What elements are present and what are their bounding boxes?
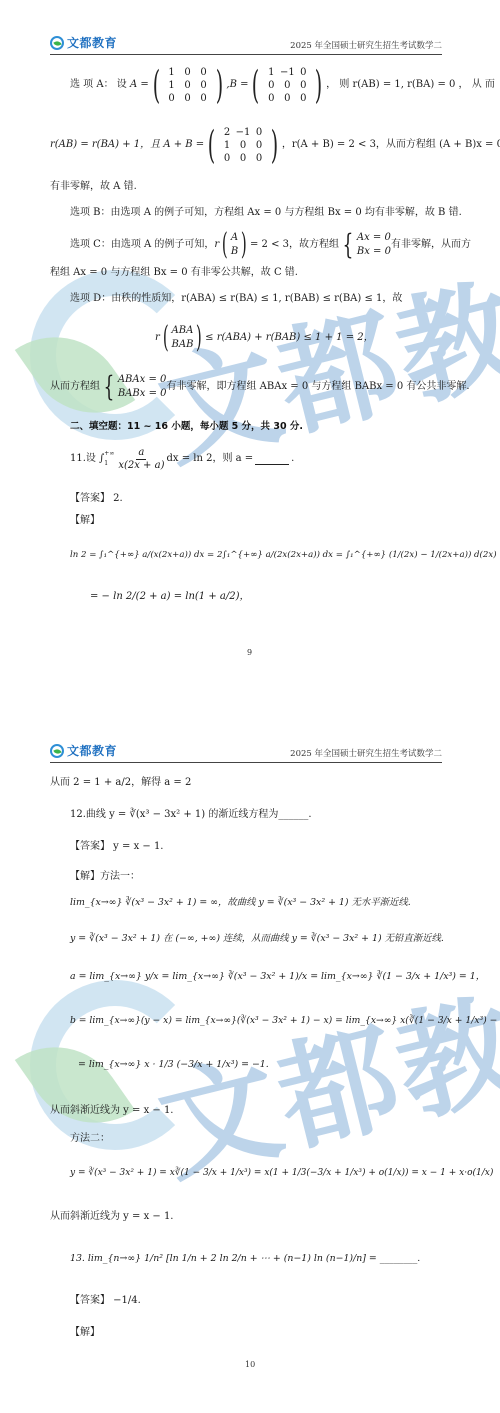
q11-prefix: 11.设 ∫	[70, 452, 104, 466]
option-d: 选项 D：由秩的性质知，r(ABA) ≤ r(BA) ≤ 1, r(BAB) ≤…	[70, 292, 402, 306]
question-13: 13. lim_{n→∞} 1/n² [ln 1/n + 2 ln 2/n + …	[70, 1252, 420, 1266]
q12-m2-line1: y = ∛(x³ − 3x² + 1) = x∛(1 − 3/x + 1/x³)…	[70, 1166, 493, 1180]
equation-system: ABAx = 0BABx = 0	[118, 373, 167, 401]
q12-m1-line4: b = lim_{x→∞}(y − x) = lim_{x→∞}(∛(x³ − …	[70, 1014, 500, 1028]
option-a-line2-prefix: r(AB) = r(BA) + 1，且 A + B =	[50, 138, 204, 152]
q12-m1-line3: a = lim_{x→∞} y/x = lim_{x→∞} ∛(x³ − 3x²…	[70, 970, 485, 984]
page-number: 9	[247, 648, 252, 657]
q12-m1-conclusion: 从而斜渐近线为 y = x − 1.	[50, 1104, 173, 1118]
option-a-suffix: ， 则 r(AB) = 1, r(BA) = 0 ， 从 而	[326, 78, 495, 92]
option-c-suffix: 有非零解，从而方	[391, 238, 471, 252]
page-header: 文都教育 2025 年全国硕士研究生招生考试数学二	[50, 740, 442, 763]
q12-method1-label: 【解】方法一：	[70, 870, 140, 884]
matrix-b: ( 1−10 000 000 )	[248, 66, 326, 105]
header-title: 2025 年全国硕士研究生招生考试数学二	[290, 747, 442, 759]
q12-m1-line2: y = ∛(x³ − 3x² + 1) 在 (−∞, +∞) 连续，从而曲线 y…	[70, 932, 444, 946]
option-a-line2-suffix: ，r(A + B) = 2 < 3，从而方程组 (A + B)x = 0	[282, 138, 500, 152]
brand-logo: 文都教育	[50, 34, 117, 51]
option-d-formula: r ( ABABAB ) ≤ r(ABA) + r(BAB) ≤ 1 + 1 =…	[155, 320, 374, 356]
option-c-prefix: 选项 C：由选项 A 的例子可知，	[70, 238, 214, 252]
q11-solution-label: 【解】	[70, 514, 100, 528]
logo-text: 文都教育	[67, 34, 117, 51]
logo-leaf-icon	[50, 744, 64, 758]
q11-conclusion: 从而 2 = 1 + a/2，解得 a = 2	[50, 776, 191, 790]
q12-m1-line1: lim_{x→∞} ∛(x³ − 3x² + 1) = ∞，故曲线 y = ∛(…	[70, 896, 411, 910]
q13-answer: 【答案】 −1/4.	[70, 1294, 141, 1308]
option-c-line2: 程组 Ax = 0 与方程组 Bx = 0 有非零公共解，故 C 错.	[50, 266, 298, 280]
q13-solution-label: 【解】	[70, 1326, 100, 1340]
logo-leaf-icon	[50, 36, 64, 50]
section-title: 二、填空题：11 ~ 16 小题，每小题 5 分，共 30 分.	[70, 420, 303, 434]
option-c: 选项 C：由选项 A 的例子可知， r ( AB ) = 2 < 3，故方程组 …	[70, 228, 471, 262]
conclusion-suffix: 有非零解，即方程组 ABAx = 0 与方程组 BABx = 0 有公共非零解.	[167, 380, 470, 394]
matrix-a-label: A =	[130, 78, 149, 92]
equation-system: Ax = 0Bx = 0	[357, 231, 391, 259]
question-11: 11.设 ∫ +∞1 ax(2x + a) dx = ln 2，则 a = .	[70, 442, 294, 476]
matrix-b-label: ,B =	[226, 78, 248, 92]
q12-method2-label: 方法二：	[70, 1132, 110, 1146]
option-a-line2: r(AB) = r(BA) + 1，且 A + B = ( 2−10 100 0…	[50, 120, 500, 170]
option-a-line1: 选 项 A： 设 A = ( 100 100 000 ) ,B = ( 1−10…	[70, 60, 495, 110]
option-b: 选项 B：由选项 A 的例子可知，方程组 Ax = 0 与方程组 Bx = 0 …	[70, 206, 462, 220]
q11-answer: 【答案】 2.	[70, 492, 123, 506]
page-10: 文都教育 文都教育 2025 年全国硕士研究生招生考试数学二 从而 2 = 1 …	[0, 680, 500, 1413]
conclusion-prefix: 从而方程组	[50, 380, 100, 394]
rank-label: r	[214, 238, 219, 252]
q11-solution-line1: ln 2 = ∫₁^{+∞} a/(x(2x+a)) dx = 2∫₁^{+∞}…	[70, 548, 500, 562]
q12-m2-conclusion: 从而斜渐近线为 y = x − 1.	[50, 1210, 173, 1224]
q11-suffix: dx = ln 2，则 a =	[166, 452, 253, 466]
q11-solution-line2: = − ln 2/(2 + a) = ln(1 + a/2)，	[90, 590, 250, 604]
header-title: 2025 年全国硕士研究生招生考试数学二	[290, 39, 442, 51]
watermark: 文都教育	[0, 930, 500, 1160]
answer-blank	[255, 454, 289, 465]
option-d-formula-suffix: ≤ r(ABA) + r(BAB) ≤ 1 + 1 = 2，	[205, 331, 373, 345]
page-header: 文都教育 2025 年全国硕士研究生招生考试数学二	[50, 32, 442, 55]
question-12: 12.曲线 y = ∛(x³ − 3x² + 1) 的渐近线方程为______.	[70, 808, 312, 822]
brand-logo: 文都教育	[50, 742, 117, 759]
page-number: 10	[245, 1360, 255, 1369]
q11-fraction: ax(2x + a)	[118, 447, 164, 472]
logo-text: 文都教育	[67, 742, 117, 759]
rank-label: r	[155, 331, 160, 345]
period: .	[291, 452, 294, 466]
q12-answer: 【答案】 y = x − 1.	[70, 840, 163, 854]
option-a-prefix: 选 项 A： 设	[70, 78, 127, 92]
watermark-leaf-icon	[15, 1020, 135, 1150]
option-a-line3: 有非零解，故 A 错.	[50, 180, 137, 194]
matrix-a-plus-b: ( 2−10 100 000 )	[204, 126, 282, 165]
option-c-middle: = 2 < 3，故方程组	[250, 238, 339, 252]
option-d-conclusion: 从而方程组 { ABAx = 0BABx = 0 有非零解，即方程组 ABAx …	[50, 370, 470, 404]
q12-m1-line5: = lim_{x→∞} x · 1/3 (−3/x + 1/x³) = −1.	[78, 1058, 269, 1072]
stacked-matrix: AB	[231, 231, 238, 259]
page-9: 文都教育 文都教育 2025 年全国硕士研究生招生考试数学二 选 项 A： 设 …	[0, 0, 500, 680]
matrix-a: ( 100 100 000 )	[149, 66, 227, 105]
stacked-matrix: ABABAB	[172, 324, 194, 352]
